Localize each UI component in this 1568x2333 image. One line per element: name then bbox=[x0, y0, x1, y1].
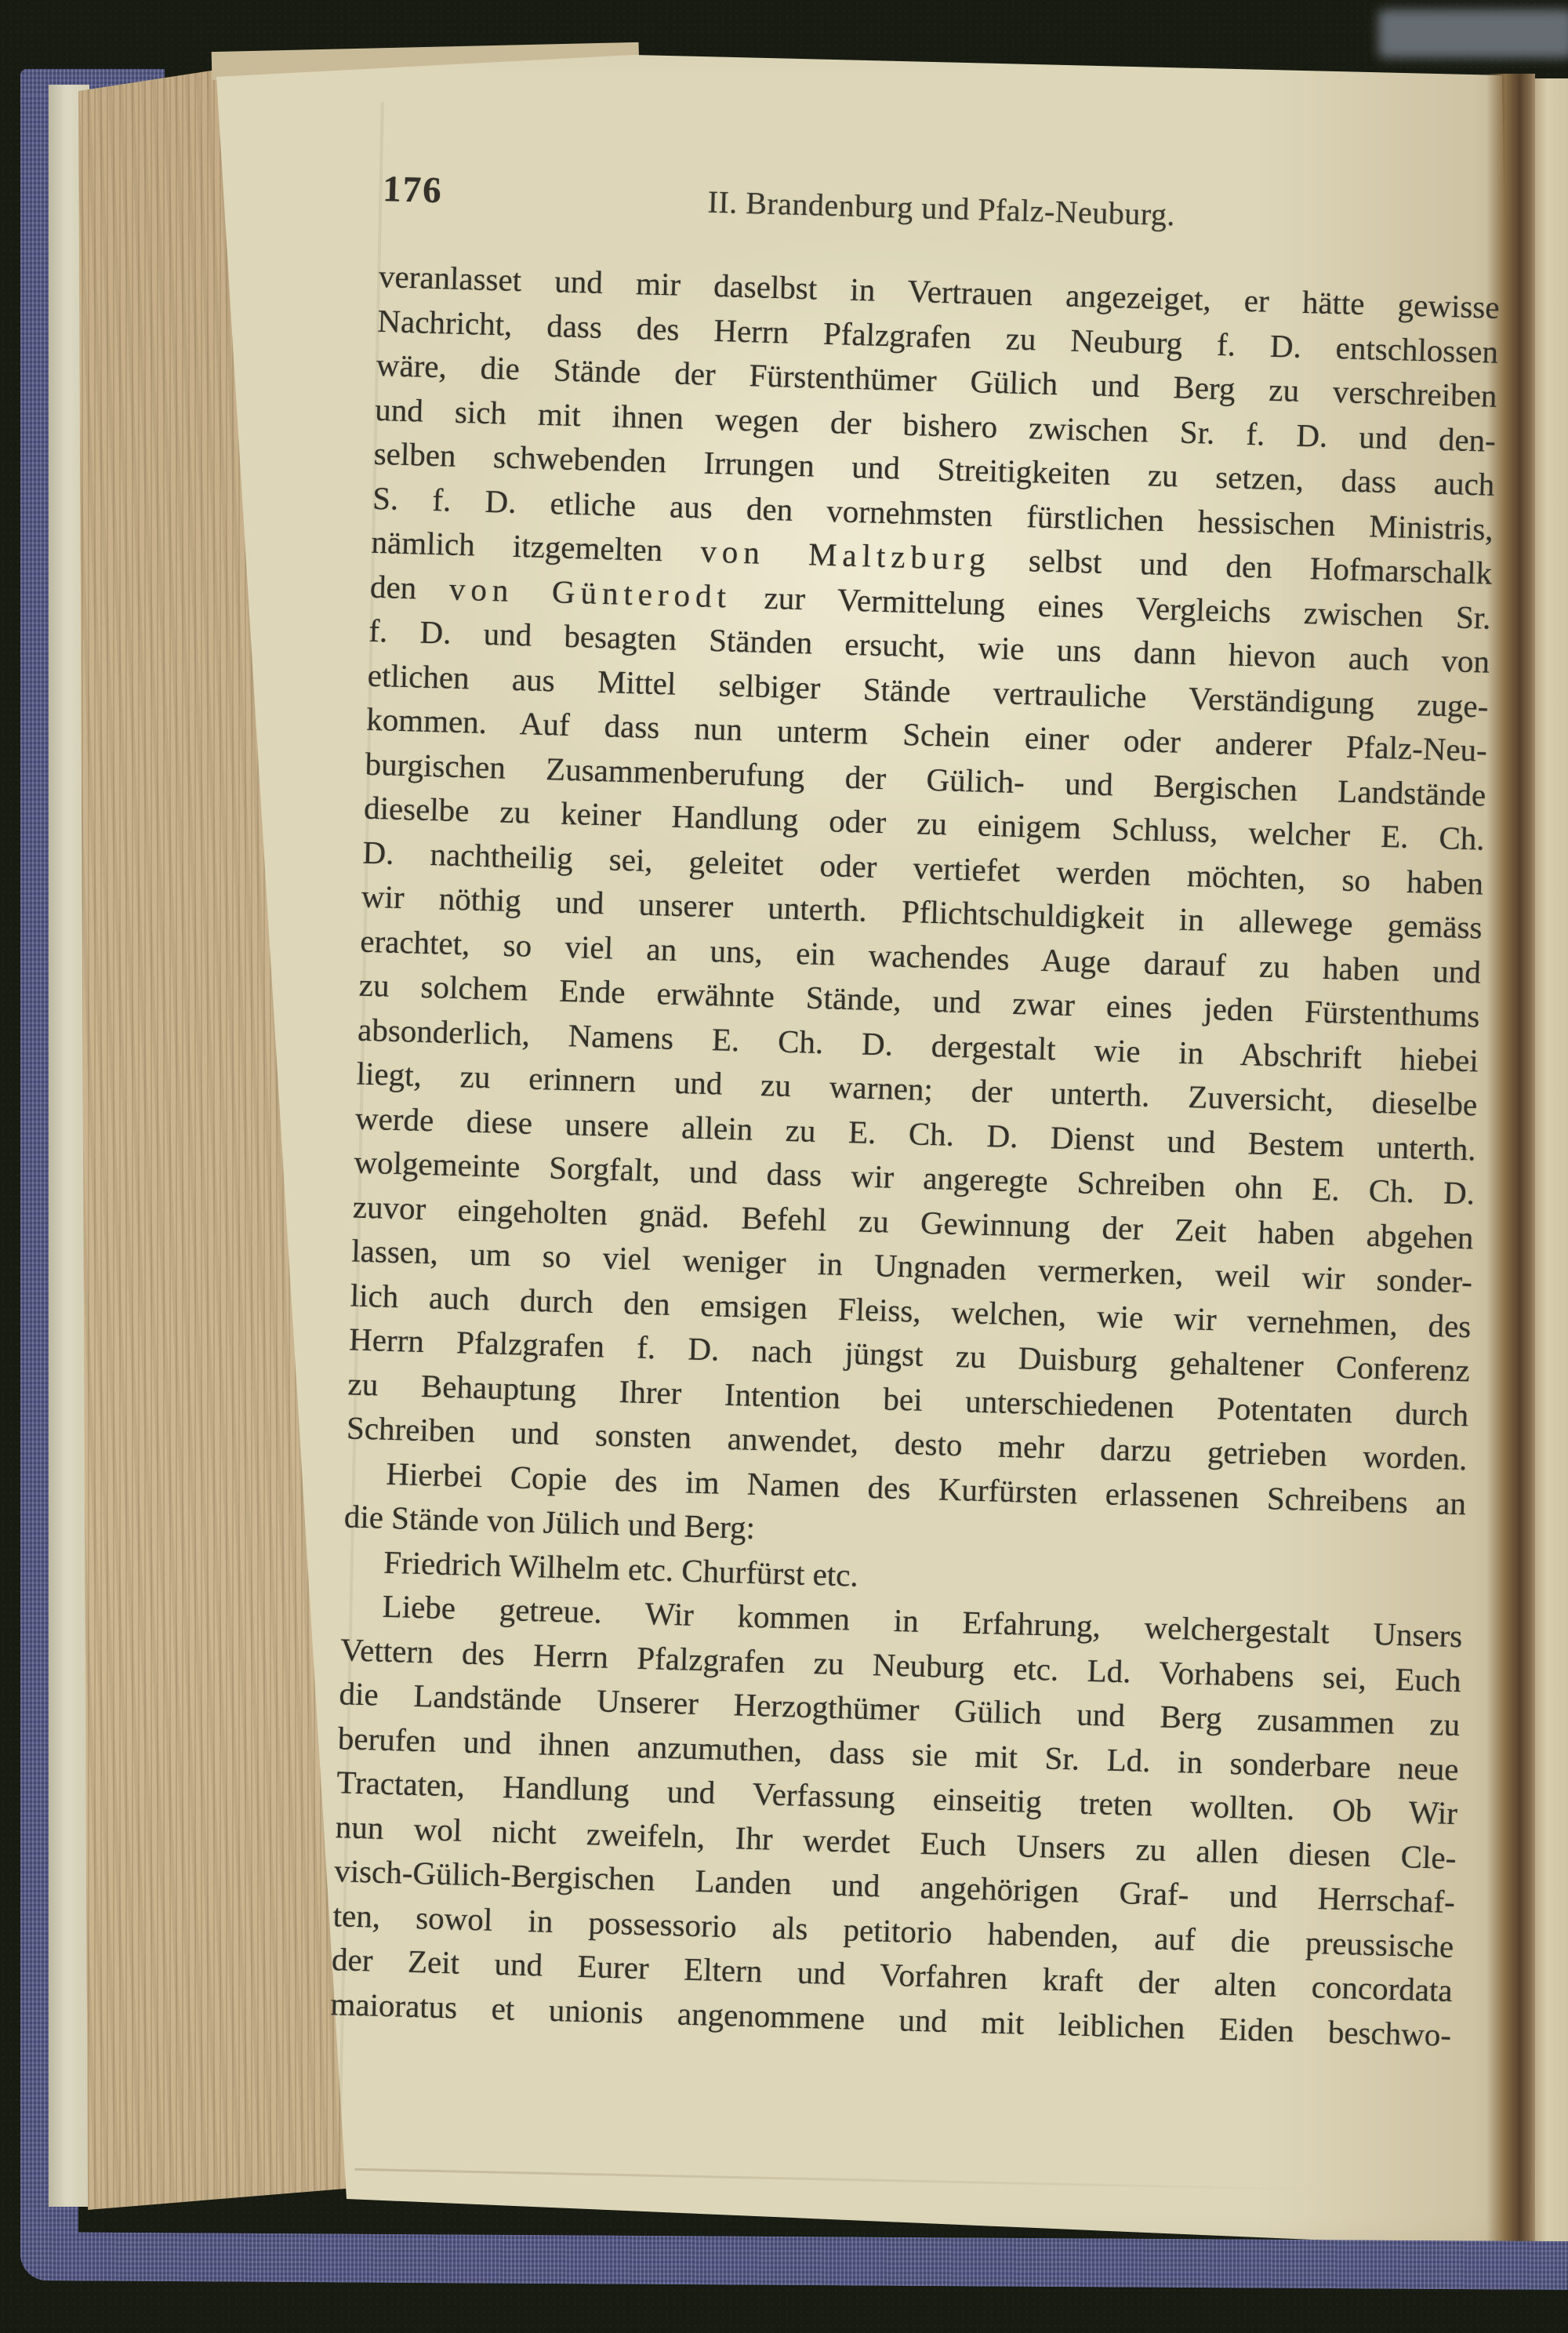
text-segment: den bbox=[369, 568, 449, 606]
page-content: 176 II. Brandenburg und Pfalz-Neuburg. v… bbox=[330, 168, 1503, 2057]
letterspaced-name: von Günterodt bbox=[448, 570, 731, 614]
page-text: veranlasset und mir daselbst in Vertraue… bbox=[330, 254, 1501, 2057]
letterspaced-name: von Maltzburg bbox=[700, 533, 992, 577]
text-segment: nämlich itzgemelten bbox=[371, 524, 701, 569]
book-cover-bottom-edge bbox=[20, 2232, 1568, 2290]
facing-page-edge bbox=[1534, 78, 1568, 2248]
book-scan: 176 II. Brandenburg und Pfalz-Neuburg. v… bbox=[0, 0, 1568, 2333]
background-object bbox=[1378, 9, 1568, 58]
